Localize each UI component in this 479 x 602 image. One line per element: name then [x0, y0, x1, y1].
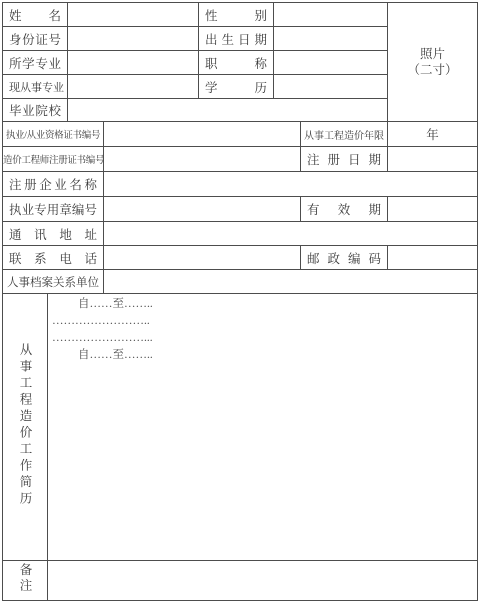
- major-studied-field[interactable]: [68, 51, 199, 75]
- resume-line: ……………………..: [52, 313, 477, 330]
- work-resume-label-cell: 从事工程造价工作简历: [3, 294, 48, 561]
- registered-company-label: 注册企业名称: [3, 172, 104, 197]
- row-name-gender: 姓名 性别 照片 （二寸）: [3, 3, 478, 27]
- resume-line: 自……至……..: [52, 296, 477, 313]
- qualification-cert-no-label: 执业/从业资格证书编号: [3, 122, 104, 147]
- practice-seal-no-label: 执业专用章编号: [3, 197, 104, 222]
- id-number-label: 身份证号: [3, 27, 68, 51]
- contact-phone-field[interactable]: [104, 246, 301, 270]
- birth-date-label: 出生日期: [199, 27, 274, 51]
- education-field[interactable]: [274, 75, 388, 99]
- title-field[interactable]: [274, 51, 388, 75]
- resume-line: ……………………...: [52, 330, 477, 347]
- row-registered-company: 注册企业名称: [3, 172, 478, 197]
- row-qualification-years: 执业/从业资格证书编号 从事工程造价年限 年: [3, 122, 478, 147]
- registration-date-label: 注册日期: [301, 147, 388, 172]
- registered-company-field[interactable]: [104, 172, 478, 197]
- validity-period-label: 有效期: [301, 197, 388, 222]
- cost-engineering-years-field[interactable]: 年: [388, 122, 478, 147]
- registration-form-table: 姓名 性别 照片 （二寸） 身份证号 出生日期 所学专业 职称 现从事专业 学历…: [2, 2, 478, 601]
- contact-phone-label: 联系电话: [3, 246, 104, 270]
- row-seal-validity: 执业专用章编号 有效期: [3, 197, 478, 222]
- title-label: 职称: [199, 51, 274, 75]
- row-work-resume: 从事工程造价工作简历 自……至…….. …………………….. …………………….…: [3, 294, 478, 561]
- postal-code-field[interactable]: [388, 246, 478, 270]
- current-major-label: 现从事专业: [3, 75, 68, 99]
- graduate-school-field[interactable]: [68, 99, 388, 122]
- graduate-school-label: 毕业院校: [3, 99, 68, 122]
- remarks-field[interactable]: [48, 561, 478, 601]
- row-phone-postal: 联系电话 邮政编码: [3, 246, 478, 270]
- practice-seal-no-field[interactable]: [104, 197, 301, 222]
- row-mailing-address: 通讯地址: [3, 222, 478, 246]
- cost-engineering-years-label: 从事工程造价年限: [301, 122, 388, 147]
- name-label: 姓名: [3, 3, 68, 27]
- gender-label: 性别: [199, 3, 274, 27]
- work-resume-content: 自……至…….. …………………….. ……………………... 自……至……..: [48, 294, 477, 364]
- row-registration-cert-date: 造价工程师注册证书编号 注册日期: [3, 147, 478, 172]
- photo-cell[interactable]: 照片 （二寸）: [388, 3, 478, 122]
- registration-cert-no-label: 造价工程师注册证书编号: [3, 147, 104, 172]
- personnel-file-unit-field[interactable]: [104, 270, 478, 294]
- mailing-address-label: 通讯地址: [3, 222, 104, 246]
- education-label: 学历: [199, 75, 274, 99]
- birth-date-field[interactable]: [274, 27, 388, 51]
- photo-label-line2: （二寸）: [408, 63, 458, 77]
- registration-cert-no-field[interactable]: [104, 147, 301, 172]
- work-resume-label: 从事工程造价工作简历: [16, 343, 34, 508]
- major-studied-label: 所学专业: [3, 51, 68, 75]
- qualification-cert-no-field[interactable]: [104, 122, 301, 147]
- registration-date-field[interactable]: [388, 147, 478, 172]
- remarks-label: 备注: [16, 563, 34, 594]
- name-field[interactable]: [68, 3, 199, 27]
- personnel-file-unit-label: 人事档案关系单位: [3, 270, 104, 294]
- current-major-field[interactable]: [68, 75, 199, 99]
- row-remarks: 备注: [3, 561, 478, 601]
- row-personnel-file: 人事档案关系单位: [3, 270, 478, 294]
- work-resume-field[interactable]: 自……至…….. …………………….. ……………………... 自……至……..: [48, 294, 478, 561]
- mailing-address-field[interactable]: [104, 222, 478, 246]
- validity-period-field[interactable]: [388, 197, 478, 222]
- id-number-field[interactable]: [68, 27, 199, 51]
- postal-code-label: 邮政编码: [301, 246, 388, 270]
- photo-label-line1: 照片: [420, 47, 445, 61]
- remarks-label-cell: 备注: [3, 561, 48, 601]
- resume-line: 自……至……..: [52, 347, 477, 364]
- gender-field[interactable]: [274, 3, 388, 27]
